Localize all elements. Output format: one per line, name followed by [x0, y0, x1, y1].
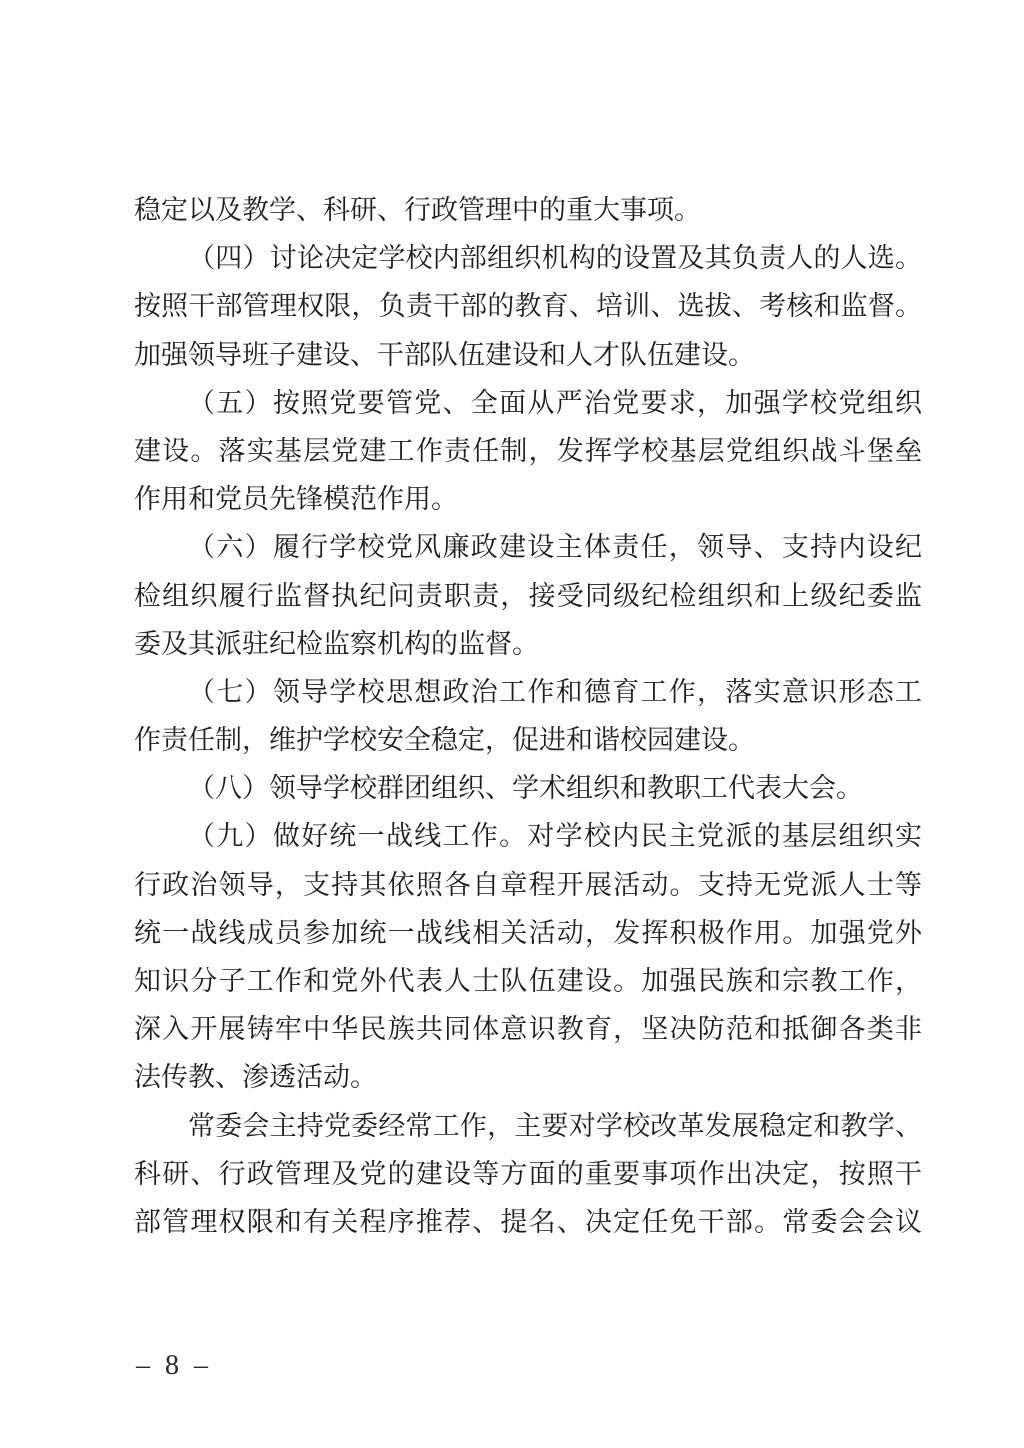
text-line: 统一战线成员参加统一战线相关活动，发挥积极作用。加强党外 [134, 909, 922, 957]
text-line: 行政治领导，支持其依照各自章程开展活动。支持无党派人士等 [134, 861, 922, 909]
text-line: 稳定以及教学、科研、行政管理中的重大事项。 [134, 186, 922, 234]
text-line: 常委会主持党委经常工作，主要对学校改革发展稳定和教学、 [134, 1102, 922, 1150]
text-line: 加强领导班子建设、干部队伍建设和人才队伍建设。 [134, 331, 922, 379]
text-line: 建设。落实基层党建工作责任制，发挥学校基层党组织战斗堡垒 [134, 427, 922, 475]
text-line: 部管理权限和有关程序推荐、提名、决定任免干部。常委会会议 [134, 1198, 922, 1246]
text-line: （九）做好统一战线工作。对学校内民主党派的基层组织实 [134, 812, 922, 860]
text-line: 作责任制，维护学校安全稳定，促进和谐校园建设。 [134, 716, 922, 764]
text-line: （八）领导学校群团组织、学术组织和教职工代表大会。 [134, 764, 922, 812]
text-line: 知识分子工作和党外代表人士队伍建设。加强民族和宗教工作， [134, 957, 922, 1005]
text-line: （六）履行学校党风廉政建设主体责任，领导、支持内设纪 [134, 523, 922, 571]
document-page: 稳定以及教学、科研、行政管理中的重大事项。 （四）讨论决定学校内部组织机构的设置… [0, 0, 1024, 1448]
text-line: 委及其派驻纪检监察机构的监督。 [134, 620, 922, 668]
text-line: 法传教、渗透活动。 [134, 1053, 922, 1101]
text-line: 科研、行政管理及党的建设等方面的重要事项作出决定，按照干 [134, 1150, 922, 1198]
text-line: 深入开展铸牢中华民族共同体意识教育，坚决防范和抵御各类非 [134, 1005, 922, 1053]
text-line: （四）讨论决定学校内部组织机构的设置及其负责人的人选。 [134, 234, 922, 282]
text-line: 检组织履行监督执纪问责职责，接受同级纪检组织和上级纪委监 [134, 572, 922, 620]
text-line: 作用和党员先锋模范作用。 [134, 475, 922, 523]
text-line: （七）领导学校思想政治工作和德育工作，落实意识形态工 [134, 668, 922, 716]
text-line: （五）按照党要管党、全面从严治党要求，加强学校党组织 [134, 379, 922, 427]
page-number: – 8 – [136, 1350, 212, 1382]
text-line: 按照干部管理权限，负责干部的教育、培训、选拔、考核和监督。 [134, 282, 922, 330]
body-text-block: 稳定以及教学、科研、行政管理中的重大事项。 （四）讨论决定学校内部组织机构的设置… [134, 186, 922, 1246]
